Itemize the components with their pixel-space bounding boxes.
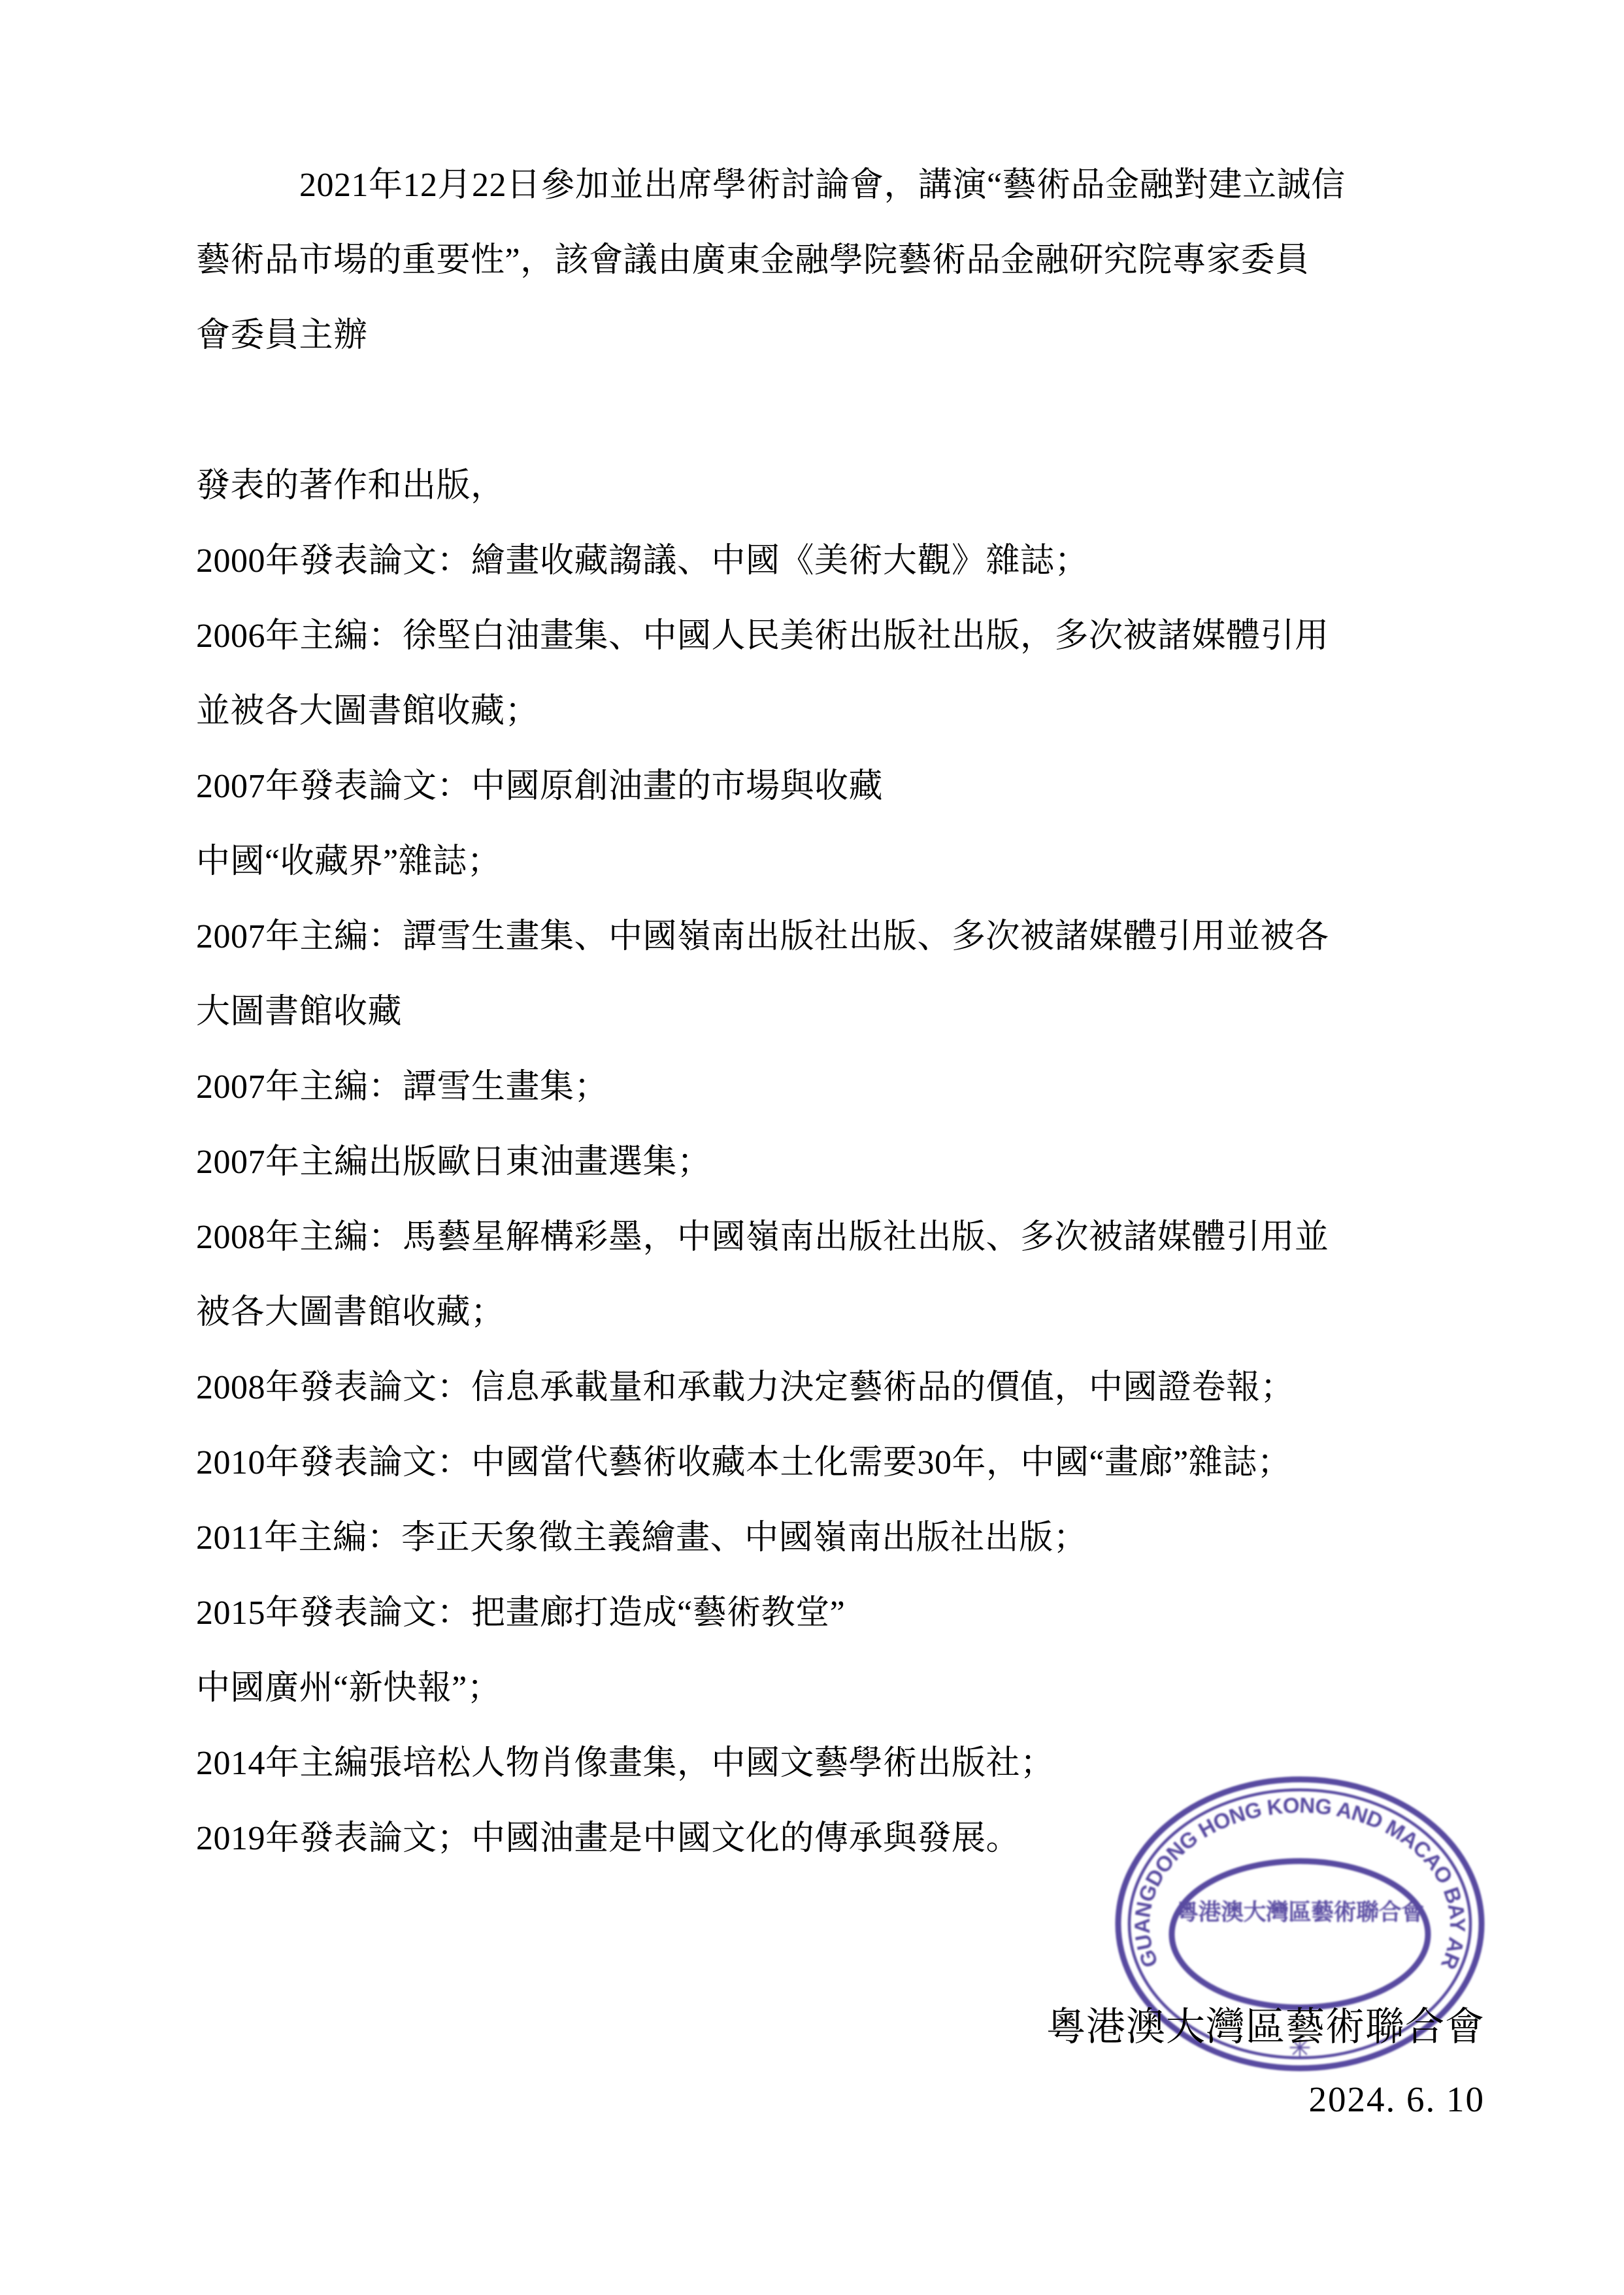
text-line: 會委員主辦 <box>196 298 1320 373</box>
text-line: 被各大圖書館收藏； <box>196 1275 1320 1350</box>
text-line: 2007年主編：譚雪生畫集； <box>196 1049 1320 1125</box>
signature-organization: 粵港澳大灣區藝術聯合會 <box>1046 2001 1485 2053</box>
text-line: 2007年主編：譚雪生畫集、中國嶺南出版社出版、多次被諸媒體引用並被各 <box>196 899 1320 974</box>
text-line: 2015年發表論文：把畫廊打造成“藝術教堂” <box>196 1576 1320 1651</box>
text-line: 2008年發表論文：信息承載量和承載力決定藝術品的價值，中國證卷報； <box>196 1350 1320 1425</box>
text-line: 2000年發表論文：繪畫收藏謅議、中國《美術大觀》雜誌； <box>196 523 1320 599</box>
document-body: 2021年12月22日參加並出席學術討論會，講演“藝術品金融對建立誠信 藝術品市… <box>196 148 1320 1876</box>
blank-line <box>196 373 1320 448</box>
stamp-inner-ring <box>1172 1861 1428 2007</box>
text-line: 2007年發表論文：中國原創油畫的市場與收藏 <box>196 749 1320 824</box>
text-line: 2007年主編出版歐日東油畫選集； <box>196 1125 1320 1200</box>
text-line: 2010年發表論文：中國當代藝術收藏本土化需要30年，中國“畫廊”雜誌； <box>196 1425 1320 1500</box>
stamp-center-text: 粵港澳大灣區藝術聯合會 <box>1176 1900 1424 1925</box>
text-line: 2008年主編：馬藝星解構彩墨，中國嶺南出版社出版、多次被諸媒體引用並 <box>196 1200 1320 1275</box>
signature-date: 2024. 6. 10 <box>1309 2075 1485 2124</box>
text-line: 2011年主編：李正天象徵主義繪畫、中國嶺南出版社出版； <box>196 1500 1320 1576</box>
text-line: 中國廣州“新快報”； <box>196 1651 1320 1726</box>
text-line: 大圖書館收藏 <box>196 974 1320 1049</box>
text-line: 並被各大圖書館收藏； <box>196 674 1320 749</box>
text-line: 中國“收藏界”雜誌； <box>196 824 1320 899</box>
text-line: 發表的著作和出版， <box>196 448 1320 523</box>
document-page: 2021年12月22日參加並出席學術討論會，講演“藝術品金融對建立誠信 藝術品市… <box>0 0 1624 2295</box>
text-line: 2006年主編：徐堅白油畫集、中國人民美術出版社出版，多次被諸媒體引用 <box>196 599 1320 674</box>
text-line: 2021年12月22日參加並出席學術討論會，講演“藝術品金融對建立誠信 <box>196 148 1320 223</box>
text-line: 藝術品市場的重要性”，該會議由廣東金融學院藝術品金融研究院專家委員 <box>196 223 1320 298</box>
